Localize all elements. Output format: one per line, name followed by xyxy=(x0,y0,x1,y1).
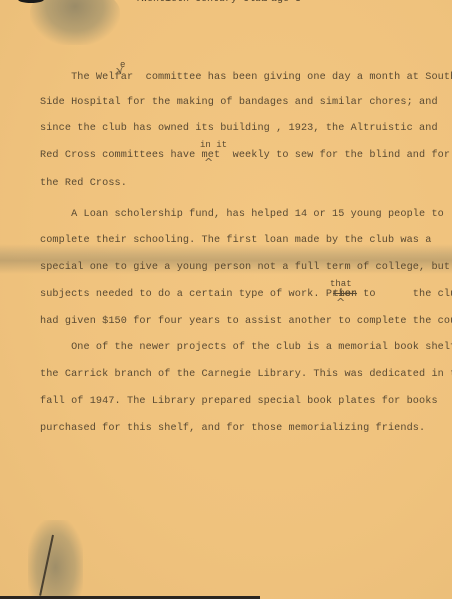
handwritten-insertion: in it xyxy=(200,140,227,150)
text-line: complete their schooling. The first loan… xyxy=(40,235,431,246)
text-line: A Loan scholership fund, has helped 14 o… xyxy=(40,209,444,220)
page-header: Twentieth Century Club Page 3 xyxy=(0,0,452,4)
text-line: One of the newer projects of the club is… xyxy=(40,342,452,353)
ink-smudge xyxy=(28,520,83,599)
text-line: the Carrick branch of the Carnegie Libra… xyxy=(40,369,452,380)
text-line: The Welfar committee has been giving one… xyxy=(40,72,452,83)
text-line: subjects needed to do a certain type of … xyxy=(40,289,452,300)
text-line: special one to give a young person not a… xyxy=(40,262,450,273)
text-line: had given $150 for four years to assist … xyxy=(40,316,452,327)
text-line: purchased for this shelf, and for those … xyxy=(40,423,425,434)
page-number: Page 3 xyxy=(265,0,301,4)
text-line: the Red Cross. xyxy=(40,178,127,189)
ink-smudge xyxy=(30,0,120,45)
text-line: Side Hospital for the making of bandages… xyxy=(40,97,438,108)
header-title: Twentieth Century Club xyxy=(135,0,267,4)
handwritten-insertion: that xyxy=(330,279,352,289)
caret-mark-icon: ^ xyxy=(336,296,345,309)
document-page: Twentieth Century Club Page 3 The Welfar… xyxy=(0,0,452,599)
caret-mark-icon: ^ xyxy=(204,156,213,169)
text-line: Red Cross committees have met weekly to … xyxy=(40,150,450,161)
text-line: since the club has owned its building , … xyxy=(40,123,438,134)
text-line: fall of 1947. The Library prepared speci… xyxy=(40,396,438,407)
